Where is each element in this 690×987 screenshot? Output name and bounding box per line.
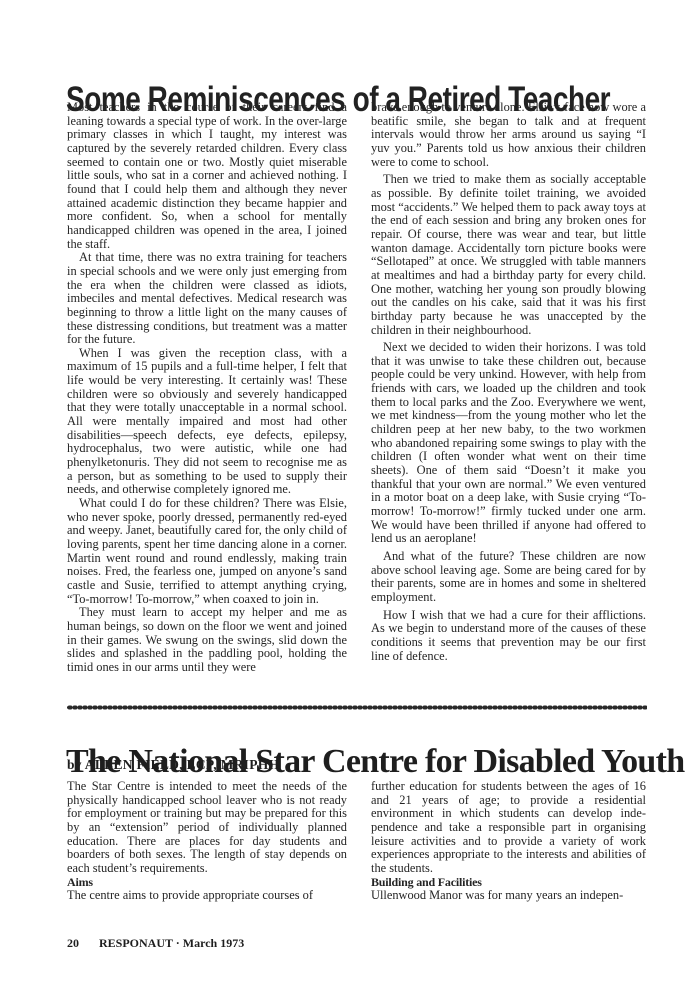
section-heading-building: Building and Facilities	[371, 876, 646, 890]
paragraph: The Star Centre is intended to meet the …	[67, 780, 347, 876]
publication-info: RESPONAUT · March 1973	[99, 936, 244, 950]
section-heading-aims: Aims	[67, 876, 347, 890]
article-1-column-2: brave enough to venture alone. Elsie’s f…	[371, 101, 646, 663]
paragraph: further education for students between t…	[371, 780, 646, 876]
paragraph: What could I do for these children? Ther…	[67, 497, 347, 606]
paragraph: The centre aims to provide appropriate c…	[67, 889, 347, 903]
paragraph: And what of the future? These children a…	[371, 550, 646, 605]
article-2-byline: by ALLEN FIELD, LCP, MRIPHH	[67, 757, 279, 773]
magazine-page: Some Reminiscences of a Retired Teacher …	[0, 0, 690, 987]
article-2-column-1: The Star Centre is intended to meet the …	[67, 780, 347, 903]
paragraph: When I was given the reception class, wi…	[67, 347, 347, 497]
paragraph: They must learn to accept my helper and …	[67, 606, 347, 674]
article-2-column-2: further education for students between t…	[371, 780, 646, 903]
paragraph: Ullenwood Manor was for many years an in…	[371, 889, 646, 903]
page-footer: 20RESPONAUT · March 1973	[67, 936, 244, 951]
paragraph: At that time, there was no extra trainin…	[67, 251, 347, 347]
paragraph: Then we tried to make them as socially a…	[371, 173, 646, 337]
paragraph: brave enough to venture alone. Elsie’s f…	[371, 101, 646, 169]
paragraph: Next we decided to widen their horizons.…	[371, 341, 646, 546]
paragraph: Most teachers in the course of their car…	[67, 101, 347, 251]
article-1-column-1: Most teachers in the course of their car…	[67, 101, 347, 675]
page-number: 20	[67, 936, 99, 951]
paragraph: How I wish that we had a cure for their …	[371, 609, 646, 664]
dotted-divider	[67, 705, 647, 710]
